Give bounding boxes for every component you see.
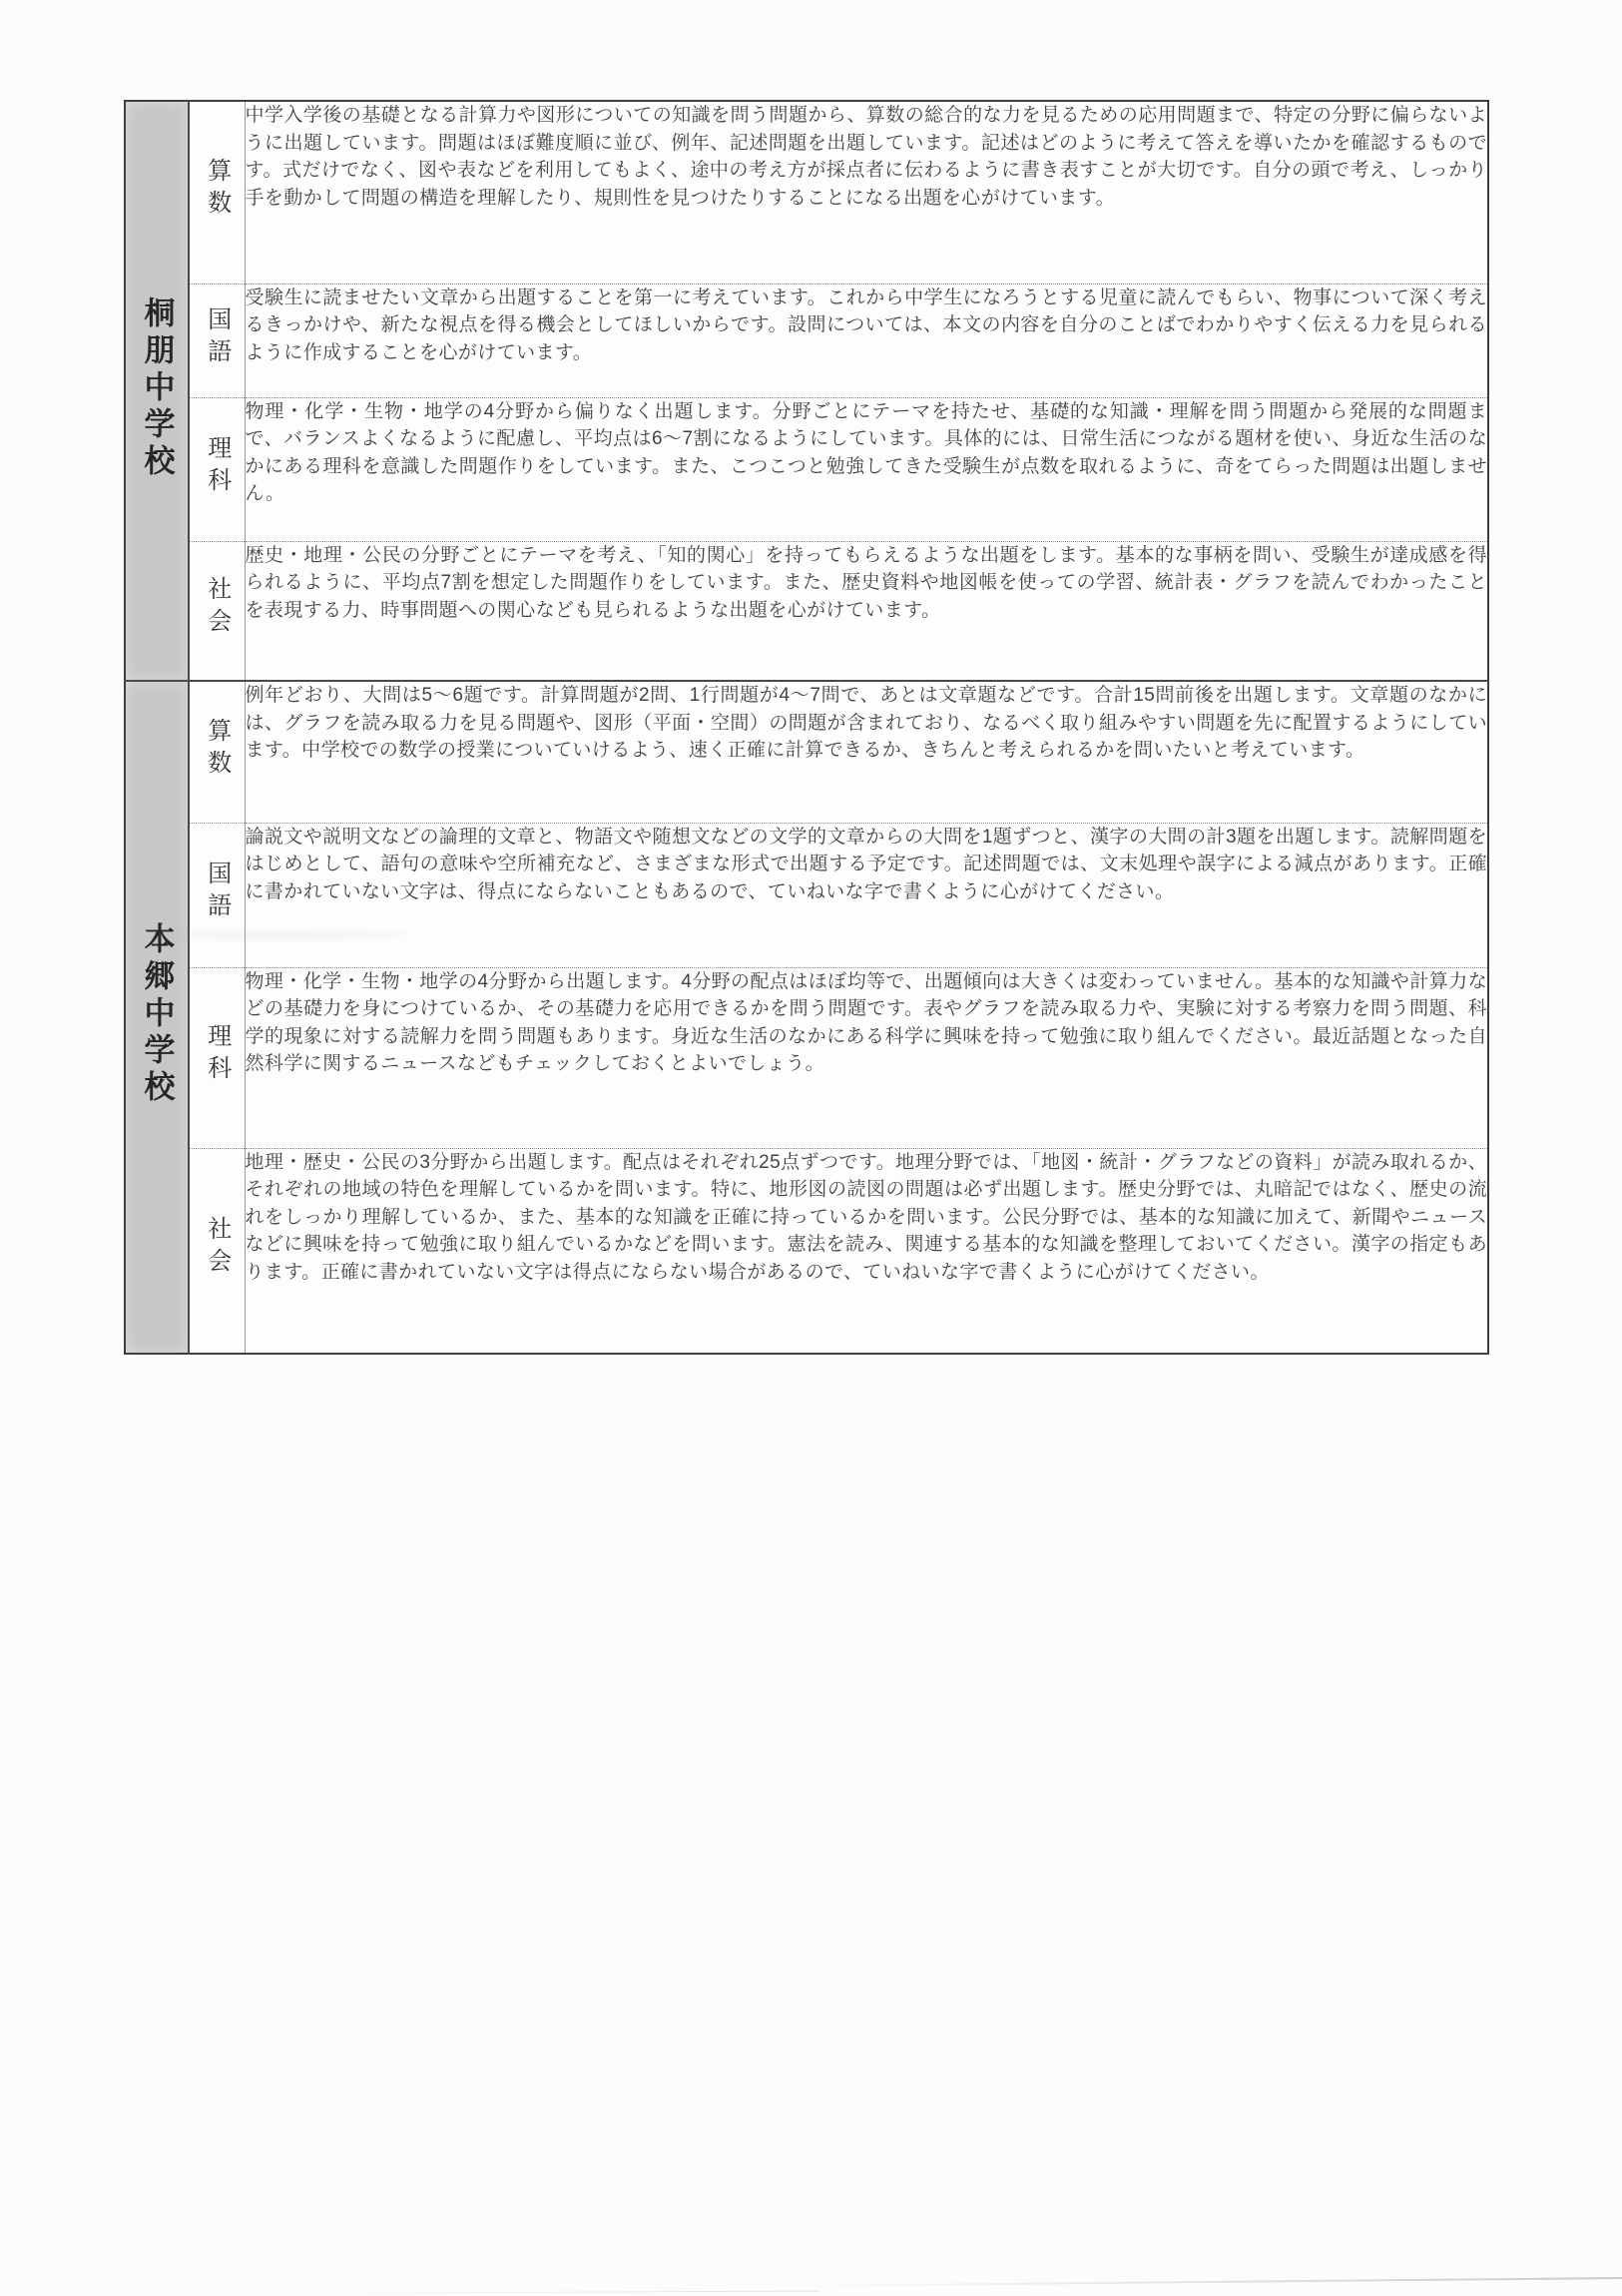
school-name-label: 桐朋中学校 — [135, 296, 180, 481]
subject-cell-math: 算数 — [189, 681, 245, 823]
scan-artifact-line — [789, 2277, 1622, 2287]
subject-cell-japanese: 国語 — [189, 823, 245, 967]
exam-topics-table: 桐朋中学校 算数 中学入学後の基礎となる計算力や図形についての知識を問う問題から… — [124, 100, 1489, 1355]
description-cell: 物理・化学・生物・地学の4分野から出題します。4分野の配点はほぼ均等で、出題傾向… — [245, 967, 1488, 1148]
subject-cell-science: 理科 — [189, 397, 245, 541]
table-row: 国語 受験生に読ませたい文章から出題することを第一に考えています。これから中学生… — [125, 284, 1488, 397]
table-row: 本郷中学校 算数 例年どおり、大問は5～6題です。計算問題が2問、1行問題が4～… — [125, 681, 1488, 823]
description-cell: 地理・歴史・公民の3分野から出題します。配点はそれぞれ25点ずつです。地理分野で… — [245, 1148, 1488, 1354]
exam-description-text: 中学入学後の基礎となる計算力や図形についての知識を問う問題から、算数の総合的な力… — [246, 102, 1488, 272]
table-row: 理科 物理・化学・生物・地学の4分野から出題します。4分野の配点はほぼ均等で、出… — [125, 967, 1488, 1148]
description-cell: 中学入学後の基礎となる計算力や図形についての知識を問う問題から、算数の総合的な力… — [245, 101, 1488, 284]
table-row: 桐朋中学校 算数 中学入学後の基礎となる計算力や図形についての知識を問う問題から… — [125, 101, 1488, 284]
subject-label: 理科 — [200, 1023, 235, 1087]
description-cell: 論説文や説明文などの論理的文章と、物語文や随想文などの文学的文章からの大問を1題… — [245, 823, 1488, 967]
school-name-label: 本郷中学校 — [135, 922, 180, 1107]
subject-cell-japanese: 国語 — [189, 284, 245, 397]
description-cell: 受験生に読ませたい文章から出題することを第一に考えています。これから中学生になろ… — [245, 284, 1488, 397]
subject-label: 国語 — [200, 306, 235, 370]
description-cell: 物理・化学・生物・地学の4分野から偏りなく出題します。分野ごとにテーマを持たせ、… — [245, 397, 1488, 541]
subject-cell-social: 社会 — [189, 1148, 245, 1354]
description-cell: 例年どおり、大問は5～6題です。計算問題が2問、1行問題が4～7問で、あとは文章… — [245, 681, 1488, 823]
exam-description-text: 例年どおり、大問は5～6題です。計算問題が2問、1行問題が4～7問で、あとは文章… — [246, 682, 1488, 812]
table-row: 社会 歴史・地理・公民の分野ごとにテーマを考え、「知的関心」を持ってもらえるよう… — [125, 541, 1488, 681]
exam-description-text: 歴史・地理・公民の分野ごとにテーマを考え、「知的関心」を持ってもらえるような出題… — [246, 542, 1488, 670]
subject-label: 国語 — [200, 861, 235, 924]
school-cell-toho: 桐朋中学校 — [125, 101, 189, 681]
exam-description-text: 物理・化学・生物・地学の4分野から出題します。4分野の配点はほぼ均等で、出題傾向… — [246, 968, 1488, 1137]
subject-cell-science: 理科 — [189, 967, 245, 1148]
subject-label: 算数 — [200, 158, 235, 222]
exam-description-text: 論説文や説明文などの論理的文章と、物語文や随想文などの文学的文章からの大問を1題… — [246, 824, 1488, 956]
subject-cell-math: 算数 — [189, 101, 245, 284]
scan-artifact-line — [260, 2291, 818, 2294]
subject-label: 社会 — [200, 1216, 235, 1280]
school-cell-hongo: 本郷中学校 — [125, 681, 189, 1354]
subject-cell-social: 社会 — [189, 541, 245, 681]
scan-smudge — [150, 928, 409, 942]
subject-label: 社会 — [200, 576, 235, 640]
exam-description-text: 物理・化学・生物・地学の4分野から偏りなく出題します。分野ごとにテーマを持たせ、… — [246, 398, 1488, 530]
description-cell: 歴史・地理・公民の分野ごとにテーマを考え、「知的関心」を持ってもらえるような出題… — [245, 541, 1488, 681]
table-row: 国語 論説文や説明文などの論理的文章と、物語文や随想文などの文学的文章からの大問… — [125, 823, 1488, 967]
exam-description-text: 受験生に読ませたい文章から出題することを第一に考えています。これから中学生になろ… — [246, 285, 1488, 386]
table-row: 社会 地理・歴史・公民の3分野から出題します。配点はそれぞれ25点ずつです。地理… — [125, 1148, 1488, 1354]
exam-description-text: 地理・歴史・公民の3分野から出題します。配点はそれぞれ25点ずつです。地理分野で… — [246, 1149, 1488, 1341]
subject-label: 算数 — [200, 718, 235, 782]
subject-label: 理科 — [200, 435, 235, 499]
table-row: 理科 物理・化学・生物・地学の4分野から偏りなく出題します。分野ごとにテーマを持… — [125, 397, 1488, 541]
